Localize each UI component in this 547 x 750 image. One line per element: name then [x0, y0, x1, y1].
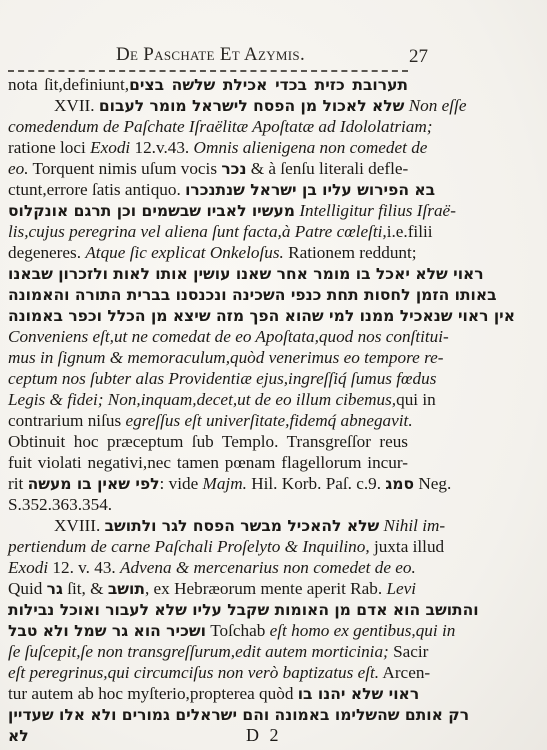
- latin-text: qui in: [396, 390, 436, 409]
- latin-italic-text: eſt homo ex gentibus,qui in: [270, 621, 456, 640]
- text-line: ראוי שלא יאכל בו מומר אחר שאנו עושין אות…: [8, 263, 408, 284]
- text-line: ctunt,errore ſatis antiquo. בא הפירוש על…: [8, 179, 408, 200]
- latin-italic-text: Non eſſe: [404, 96, 466, 115]
- text-line: nota ſit,definiunt,תערובת כזית בכדי אכיל…: [8, 74, 408, 95]
- hebrew-text: תושב: [108, 580, 145, 598]
- latin-text: & à ſenſu literali defle-: [246, 159, 408, 178]
- text-line: eo. Torquent nimis uſum vocis נכר & à ſe…: [8, 158, 408, 179]
- hebrew-text: אין ראוי שנאכיל ממנו למי שהוא הפך מזה שי…: [8, 307, 515, 325]
- header-rule: [8, 70, 408, 72]
- latin-italic-text: lis,cujus peregrina vel aliena ſunt fact…: [8, 222, 387, 241]
- hebrew-text: ראוי שלא יאכל בו מומר אחר שאנו עושין אות…: [8, 265, 484, 283]
- latin-text: : vide: [160, 474, 203, 493]
- latin-text: Rationem reddunt;: [284, 243, 417, 262]
- latin-text: Sacir: [389, 642, 429, 661]
- hebrew-text: תערובת כזית בכדי אכילת שלשה בצים: [129, 76, 408, 94]
- text-line: Quid גר ſit, & תושב, ex Hebræorum mente …: [8, 578, 408, 599]
- text-line: contrarium niſus egreſſus eſt univerſita…: [8, 410, 408, 431]
- body-text: nota ſit,definiunt,תערובת כזית בכדי אכיל…: [8, 74, 408, 746]
- text-line: pertiendum de carne Paſchali Proſelyto &…: [8, 536, 408, 557]
- text-line: Conveniens eſt,ut ne comedat de eo Apoſt…: [8, 326, 408, 347]
- latin-italic-text: mus in ſignum & memoraculum,quòd venerim…: [8, 348, 444, 367]
- latin-text: XVIII.: [54, 516, 105, 535]
- page-number: 27: [409, 46, 428, 68]
- text-line: fuit violati negativi,nec tamen pœnam fl…: [8, 452, 408, 473]
- text-line: Exodi 12. v. 43. Advena & mercenarius no…: [8, 557, 408, 578]
- latin-text: Toſchab: [206, 621, 270, 640]
- latin-italic-text: Legis & fidei; Non,inquam,decet,ut de eo…: [8, 390, 396, 409]
- latin-text: , ex Hebræorum mente aperit Rab.: [145, 579, 387, 598]
- text-line: tur autem ab hoc myſterio,propterea quòd…: [8, 683, 408, 704]
- latin-text: Quid: [8, 579, 47, 598]
- text-line: degeneres. Atque ſic explicat Onkeloſus.…: [8, 242, 408, 263]
- text-line: comedendum de Paſchate Iſraëlitæ Apoſtat…: [8, 116, 408, 137]
- hebrew-text: סמג: [385, 475, 414, 493]
- latin-italic-text: Nihil im-: [379, 516, 445, 535]
- latin-text: ratione loci: [8, 138, 90, 157]
- text-line: ſe ſuſcepit,ſe non transgreſſurum,edit a…: [8, 641, 408, 662]
- text-line: S.352.363.354.: [8, 494, 408, 515]
- latin-text: 12.v.43.: [130, 138, 193, 157]
- latin-italic-text: Levi: [386, 579, 416, 598]
- signature-mark: D 2: [246, 725, 282, 746]
- latin-italic-text: pertiendum de carne Paſchali Proſelyto &…: [8, 537, 370, 556]
- latin-text: juxta illud: [370, 537, 444, 556]
- hebrew-text: נכר: [221, 160, 246, 178]
- hebrew-text: מעשיו לאביו שבשמים וכן תרגם אונקלוס: [8, 202, 295, 220]
- latin-text: Arcen-: [379, 663, 430, 682]
- text-line: XVII. שלא לאכול מן הפסח לישראל מומר לעבו…: [8, 95, 408, 116]
- latin-text: fuit violati negativi,nec tamen pœnam fl…: [8, 453, 408, 472]
- text-line: מעשיו לאביו שבשמים וכן תרגם אונקלוס Inte…: [8, 200, 408, 221]
- latin-text: Obtinuit hoc præceptum ſub Templo. Trans…: [8, 432, 408, 451]
- hebrew-text: שלא להאכיל מבשר הפסח לגר ולתושב: [105, 517, 380, 535]
- latin-italic-text: Intelligitur filius Iſraë-: [295, 201, 456, 220]
- latin-italic-text: Conveniens eſt,ut ne comedat de eo Apoſt…: [8, 327, 449, 346]
- latin-text: S.352.363.354.: [8, 495, 112, 514]
- text-line: באותו הזמן לחסות תחת כנפי השכינה ונכנסנו…: [8, 284, 408, 305]
- hebrew-text: ושכיר הוא גר שמל ולא טבל: [8, 622, 206, 640]
- text-line: Obtinuit hoc præceptum ſub Templo. Trans…: [8, 431, 408, 452]
- latin-italic-text: ſe ſuſcepit,ſe non transgreſſurum,edit a…: [8, 642, 389, 661]
- latin-italic-text: Exodi: [8, 558, 48, 577]
- latin-italic-text: eſt peregrinus,qui circumciſus non verò …: [8, 663, 379, 682]
- text-line: eſt peregrinus,qui circumciſus non verò …: [8, 662, 408, 683]
- latin-italic-text: Advena & mercenarius non comedet de eo.: [120, 558, 416, 577]
- hebrew-text: לפי שאין בו מעשה: [28, 475, 160, 493]
- latin-text: i.e.filii: [387, 222, 433, 241]
- latin-italic-text: egreſſus eſt univerſitate,fidemq́ abnega…: [125, 411, 412, 430]
- latin-italic-text: Atque ſic explicat Onkeloſus.: [85, 243, 284, 262]
- hebrew-text: גר: [47, 580, 63, 598]
- text-line: Legis & fidei; Non,inquam,decet,ut de eo…: [8, 389, 408, 410]
- text-line: ceptum nos ſubter alas Providentiæ ejus,…: [8, 368, 408, 389]
- hebrew-text: בא הפירוש עליו בן ישראל שנתנכרו: [185, 181, 435, 199]
- latin-text: degeneres.: [8, 243, 85, 262]
- latin-text: ctunt,errore ſatis antiquo.: [8, 180, 185, 199]
- latin-text: Hil. Korb. Paſ. c.9.: [247, 474, 385, 493]
- hebrew-text: שלא לאכול מן הפסח לישראל מומר לעבום: [99, 97, 405, 115]
- text-line: רק אותם שהשלימו באמונה והם ישראלים גמורי…: [8, 704, 408, 725]
- hebrew-text: והתושב הוא אדם מן האומות שקבל עליו שלא ל…: [8, 601, 479, 619]
- text-line: ratione loci Exodi 12.v.43. Omnis alieni…: [8, 137, 408, 158]
- hebrew-text: לא: [8, 727, 29, 745]
- latin-italic-text: Exodi: [90, 138, 130, 157]
- latin-italic-text: Omnis alienigena non comedet de: [194, 138, 428, 157]
- latin-text: Torquent nimis uſum vocis: [29, 159, 222, 178]
- text-line: lis,cujus peregrina vel aliena ſunt fact…: [8, 221, 408, 242]
- text-line: ושכיר הוא גר שמל ולא טבל Toſchab eſt hom…: [8, 620, 408, 641]
- hebrew-text: באותו הזמן לחסות תחת כנפי השכינה ונכנסנו…: [8, 286, 497, 304]
- latin-italic-text: eo.: [8, 159, 29, 178]
- latin-italic-text: comedendum de Paſchate Iſraëlitæ Apoſtat…: [8, 117, 433, 136]
- text-line: והתושב הוא אדם מן האומות שקבל עליו שלא ל…: [8, 599, 408, 620]
- latin-italic-text: ceptum nos ſubter alas Providentiæ ejus,…: [8, 369, 436, 388]
- latin-italic-text: Majm.: [203, 474, 247, 493]
- text-line: אין ראוי שנאכיל ממנו למי שהוא הפך מזה שי…: [8, 305, 408, 326]
- text-line: mus in ſignum & memoraculum,quòd venerim…: [8, 347, 408, 368]
- running-title: De Paschate Et Azymis.: [116, 44, 305, 66]
- hebrew-text: ראוי שלא יהנו בו: [298, 685, 419, 703]
- text-line: לא: [8, 725, 408, 746]
- latin-text: tur autem ab hoc myſterio,propterea quòd: [8, 684, 298, 703]
- latin-text: nota ſit,definiunt,: [8, 75, 129, 94]
- latin-text: contrarium niſus: [8, 411, 125, 430]
- hebrew-text: רק אותם שהשלימו באמונה והם ישראלים גמורי…: [8, 706, 469, 724]
- latin-text: Neg.: [414, 474, 451, 493]
- latin-text: rit: [8, 474, 28, 493]
- page-header: De Paschate Et Azymis. 27: [20, 44, 428, 66]
- text-line: XVIII. שלא להאכיל מבשר הפסח לגר ולתושב N…: [8, 515, 408, 536]
- latin-text: XVII.: [54, 96, 99, 115]
- latin-text: ſit, &: [63, 579, 108, 598]
- book-page: De Paschate Et Azymis. 27 nota ſit,defin…: [0, 0, 547, 750]
- text-line: rit לפי שאין בו מעשה: vide Majm. Hil. Ko…: [8, 473, 408, 494]
- latin-text: 12. v. 43.: [48, 558, 120, 577]
